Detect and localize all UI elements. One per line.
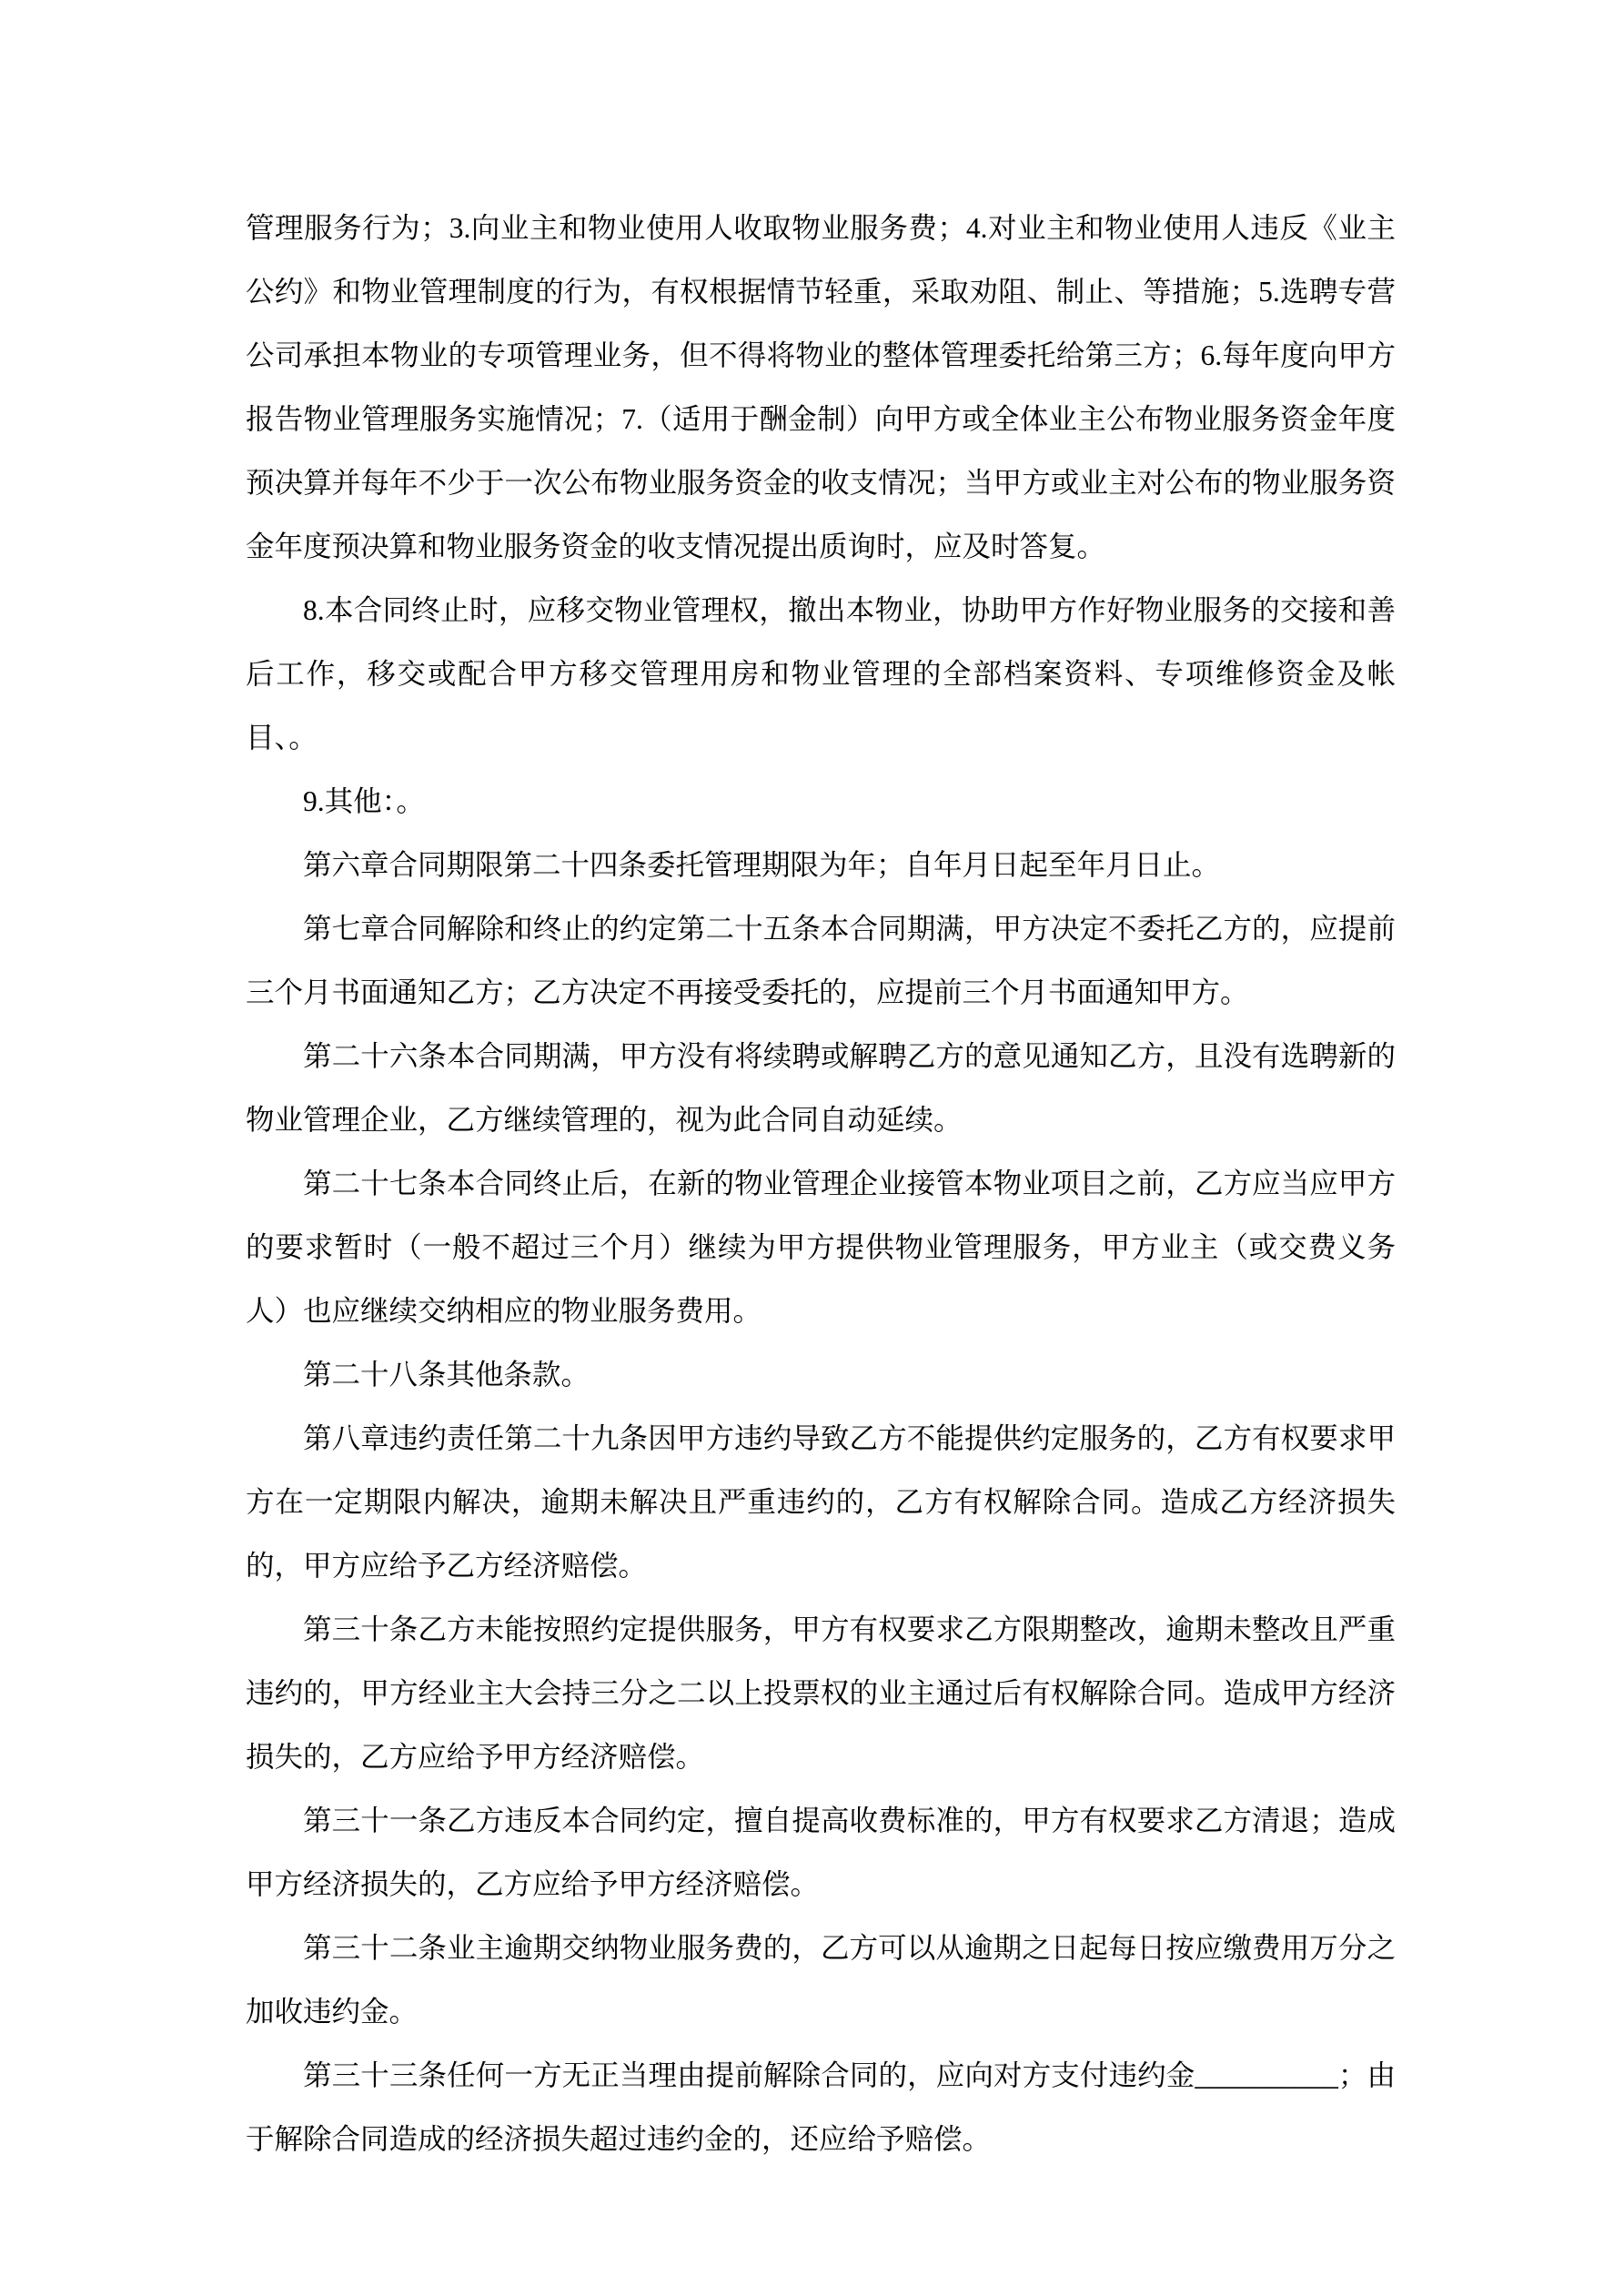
paragraph-clause-26: 第二十六条本合同期满，甲方没有将续聘或解聘乙方的意见通知乙方，且没有选聘新的物业… (246, 1025, 1396, 1152)
paragraph-clause-32: 第三十二条业主逾期交纳物业服务费的，乙方可以从逾期之日起每日按应缴费用万分之加收… (246, 1917, 1396, 2044)
paragraph-chapter-7-clause-25: 第七章合同解除和终止的约定第二十五条本合同期满，甲方决定不委托乙方的，应提前三个… (246, 897, 1396, 1025)
paragraph-clause-9: 9.其他：。 (246, 770, 1396, 834)
paragraph-clause-28: 第二十八条其他条款。 (246, 1343, 1396, 1407)
document-page: { "page": { "background_color": "#ffffff… (0, 0, 1624, 2296)
paragraph-clause-31: 第三十一条乙方违反本合同约定，擅自提高收费标准的，甲方有权要求乙方清退；造成甲方… (246, 1789, 1396, 1917)
paragraph-clause-30: 第三十条乙方未能按照约定提供服务，甲方有权要求乙方限期整改，逾期未整改且严重违约… (246, 1598, 1396, 1789)
contract-text-block: 管理服务行为；3.向业主和物业使用人收取物业服务费；4.对业主和物业使用人违反《… (246, 197, 1396, 2171)
paragraph-clause-27: 第二十七条本合同终止后，在新的物业管理企业接管本物业项目之前，乙方应当应甲方的要… (246, 1152, 1396, 1343)
paragraph-chapter-8-clause-29: 第八章违约责任第二十九条因甲方违约导致乙方不能提供约定服务的，乙方有权要求甲方在… (246, 1407, 1396, 1598)
paragraph-manager-duties-continued: 管理服务行为；3.向业主和物业使用人收取物业服务费；4.对业主和物业使用人违反《… (246, 197, 1396, 579)
paragraph-clause-8: 8.本合同终止时，应移交物业管理权，撤出本物业，协助甲方作好物业服务的交接和善后… (246, 579, 1396, 770)
paragraph-chapter-6-clause-24: 第六章合同期限第二十四条委托管理期限为年；自年月日起至年月日止。 (246, 834, 1396, 897)
paragraph-clause-33: 第三十三条任何一方无正当理由提前解除合同的，应向对方支付违约金_________… (246, 2044, 1396, 2171)
